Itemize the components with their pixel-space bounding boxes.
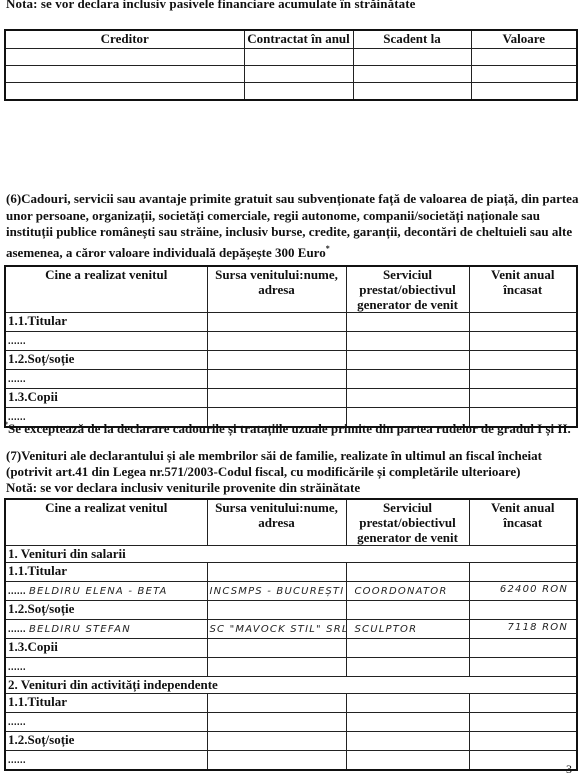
column-header-annual-income: Venit anual încasat: [469, 499, 577, 546]
row-entry[interactable]: ......: [5, 751, 207, 771]
table-row: 1.2.Soț/soție: [5, 351, 577, 370]
handwritten-name: BELDIRU ELENA - BETA: [29, 586, 168, 597]
group-title: 1. Venituri din salarii: [5, 546, 577, 563]
table-cell[interactable]: SC "MAVOCK STIL" SRL: [207, 620, 346, 639]
row-label-text: 1.3.Copii: [8, 639, 58, 654]
row-label-text: 1.2.Soț/soție: [8, 351, 74, 366]
column-header-due-date: Scadent la: [353, 30, 471, 49]
row-entry[interactable]: ......BELDIRU STEFAN: [5, 620, 207, 639]
section6-heading: (6)Cadouri, servicii sau avantaje primit…: [6, 191, 580, 261]
column-header-annual-income: Venit anual încasat: [469, 266, 577, 313]
row-dots: ......: [8, 586, 26, 597]
table-cell[interactable]: [346, 332, 469, 351]
table-header-row: Cine a realizat venitul Sursa venitului:…: [5, 499, 577, 546]
service-value: SCULPTOR: [355, 624, 418, 635]
table-cell[interactable]: [469, 658, 577, 677]
table-cell[interactable]: [346, 694, 469, 713]
table-cell[interactable]: [207, 732, 346, 751]
table-cell[interactable]: [471, 66, 577, 83]
table-cell[interactable]: [207, 351, 346, 370]
table-cell[interactable]: [469, 601, 577, 620]
income-table: Cine a realizat venitul Sursa venitului:…: [4, 498, 578, 771]
table-cell[interactable]: [207, 751, 346, 771]
table-cell[interactable]: [469, 732, 577, 751]
service-value: COORDONATOR: [355, 586, 448, 597]
table-cell[interactable]: [469, 389, 577, 408]
table-cell[interactable]: [346, 751, 469, 771]
row-dots: ......: [8, 624, 26, 635]
table-cell[interactable]: [469, 751, 577, 771]
row-label-text: 1.2.Soț/soție: [8, 601, 74, 616]
table-cell[interactable]: [207, 389, 346, 408]
column-header-who: Cine a realizat venitul: [5, 266, 207, 313]
table-cell[interactable]: [207, 639, 346, 658]
section7-heading: (7)Venituri ale declarantului și ale mem…: [6, 448, 580, 496]
table-cell[interactable]: [244, 83, 353, 100]
table-cell[interactable]: [471, 49, 577, 66]
row-label: 1.3.Copii: [5, 639, 207, 658]
gifts-table: Cine a realizat venitul Sursa venitului:…: [4, 265, 578, 428]
table-cell[interactable]: [5, 49, 244, 66]
footnote-text: Se exceptează de la declarare cadourile …: [8, 421, 571, 436]
liabilities-table: Creditor Contractat în anul Scadent la V…: [4, 29, 578, 101]
table-cell[interactable]: [346, 601, 469, 620]
section7-heading-line2: (potrivit art.41 din Legea nr.571/2003-C…: [6, 464, 580, 480]
row-label-text: 1.1.Titular: [8, 313, 67, 328]
row-dots: ......: [8, 717, 26, 728]
table-cell[interactable]: [244, 66, 353, 83]
table-cell[interactable]: [207, 370, 346, 389]
row-dots: ......: [8, 374, 26, 385]
row-label-text: 1.1.Titular: [8, 694, 67, 709]
column-header-source: Sursa venitului:nume, adresa: [207, 499, 346, 546]
table-row: ......: [5, 713, 577, 732]
row-label: 1.1.Titular: [5, 563, 207, 582]
table-cell[interactable]: [207, 713, 346, 732]
table-row: 1.3.Copii: [5, 639, 577, 658]
table-row: ......BELDIRU STEFANSC "MAVOCK STIL" SRL…: [5, 620, 577, 639]
table-row: ......: [5, 332, 577, 351]
table-cell[interactable]: COORDONATOR: [346, 582, 469, 601]
row-entry[interactable]: ......: [5, 370, 207, 389]
table-cell[interactable]: [346, 351, 469, 370]
row-entry[interactable]: ......BELDIRU ELENA - BETA: [5, 582, 207, 601]
table-cell[interactable]: [346, 639, 469, 658]
table-cell[interactable]: [5, 66, 244, 83]
table-cell[interactable]: [207, 332, 346, 351]
column-header-service: Serviciul prestat/obiectivul generator d…: [346, 499, 469, 546]
row-label-text: 1.2.Soț/soție: [8, 732, 74, 747]
table-cell[interactable]: [469, 563, 577, 582]
income-value: 7118 RON: [507, 620, 568, 636]
income-value: 62400 RON: [500, 582, 568, 598]
table-header-row: Creditor Contractat în anul Scadent la V…: [5, 30, 577, 49]
table-cell[interactable]: [469, 370, 577, 389]
table-cell[interactable]: [207, 658, 346, 677]
group-title: 2. Venituri din activități independente: [5, 677, 577, 694]
table-row: 1.2.Soț/soție: [5, 601, 577, 620]
row-label: 1.1.Titular: [5, 694, 207, 713]
row-label-text: 1.3.Copii: [8, 389, 58, 404]
table-cell[interactable]: [346, 713, 469, 732]
table-cell[interactable]: [346, 370, 469, 389]
table-cell[interactable]: [469, 313, 577, 332]
table-cell[interactable]: 62400 RON: [469, 582, 577, 601]
section6-heading-text: (6)Cadouri, servicii sau avantaje primit…: [6, 191, 578, 260]
table-cell[interactable]: [471, 83, 577, 100]
table-row: 1.1.Titular: [5, 563, 577, 582]
gifts-footnote: *Se exceptează de la declarare cadourile…: [4, 420, 571, 437]
table-row: [5, 49, 577, 66]
table-cell[interactable]: [353, 66, 471, 83]
column-header-service: Serviciul prestat/obiectivul generator d…: [346, 266, 469, 313]
section5-note: Nota: se vor declara inclusiv pasivele f…: [6, 0, 416, 12]
table-cell[interactable]: SCULPTOR: [346, 620, 469, 639]
page-number: 3: [566, 762, 572, 777]
table-row: ......: [5, 370, 577, 389]
table-cell[interactable]: [346, 313, 469, 332]
table-row: [5, 83, 577, 100]
table-row: 1.2.Soț/soție: [5, 732, 577, 751]
table-row: 1.3.Copii: [5, 389, 577, 408]
row-label: 1.3.Copii: [5, 389, 207, 408]
row-label: 1.2.Soț/soție: [5, 601, 207, 620]
column-header-source: Sursa venitului:nume, adresa: [207, 266, 346, 313]
table-row: 1.1.Titular: [5, 694, 577, 713]
source-value: SC "MAVOCK STIL" SRL: [210, 624, 347, 635]
table-cell[interactable]: 7118 RON: [469, 620, 577, 639]
table-cell[interactable]: [469, 332, 577, 351]
table-cell[interactable]: [469, 713, 577, 732]
table-cell[interactable]: [5, 83, 244, 100]
table-cell[interactable]: [346, 732, 469, 751]
section7-note: Notă: se vor declara inclusiv veniturile…: [6, 480, 580, 496]
row-dots: ......: [8, 755, 26, 766]
column-header-value: Valoare: [471, 30, 577, 49]
table-cell[interactable]: [207, 563, 346, 582]
table-cell[interactable]: [207, 694, 346, 713]
footnote-marker: *: [326, 244, 330, 253]
column-header-creditor: Creditor: [5, 30, 244, 49]
table-row: 1.1.Titular: [5, 313, 577, 332]
row-entry[interactable]: ......: [5, 713, 207, 732]
section7-heading-line1: (7)Venituri ale declarantului și ale mem…: [6, 448, 580, 464]
table-cell[interactable]: [353, 83, 471, 100]
table-cell[interactable]: [207, 313, 346, 332]
table-cell[interactable]: [346, 658, 469, 677]
row-dots: ......: [8, 662, 26, 673]
table-cell[interactable]: [244, 49, 353, 66]
column-header-who: Cine a realizat venitul: [5, 499, 207, 546]
column-header-contract-year: Contractat în anul: [244, 30, 353, 49]
row-label: 1.2.Soț/soție: [5, 732, 207, 751]
table-cell[interactable]: [469, 351, 577, 370]
table-cell[interactable]: INCSMPS - BUCUREȘTI: [207, 582, 346, 601]
source-value: INCSMPS - BUCUREȘTI: [210, 586, 345, 597]
row-entry[interactable]: ......: [5, 658, 207, 677]
row-label: 1.2.Soț/soție: [5, 351, 207, 370]
table-cell[interactable]: [469, 694, 577, 713]
table-cell[interactable]: [469, 639, 577, 658]
row-label: 1.1.Titular: [5, 313, 207, 332]
group-header-row: 1. Venituri din salarii: [5, 546, 577, 563]
table-header-row: Cine a realizat venitul Sursa venitului:…: [5, 266, 577, 313]
table-row: ......: [5, 751, 577, 771]
table-cell[interactable]: [346, 389, 469, 408]
row-label-text: 1.1.Titular: [8, 563, 67, 578]
table-cell[interactable]: [353, 49, 471, 66]
row-entry[interactable]: ......: [5, 332, 207, 351]
group-header-row: 2. Venituri din activități independente: [5, 677, 577, 694]
table-row: ......BELDIRU ELENA - BETAINCSMPS - BUCU…: [5, 582, 577, 601]
table-row: [5, 66, 577, 83]
row-dots: ......: [8, 336, 26, 347]
table-cell[interactable]: [207, 601, 346, 620]
table-cell[interactable]: [346, 563, 469, 582]
table-row: ......: [5, 658, 577, 677]
handwritten-name: BELDIRU STEFAN: [29, 624, 131, 635]
